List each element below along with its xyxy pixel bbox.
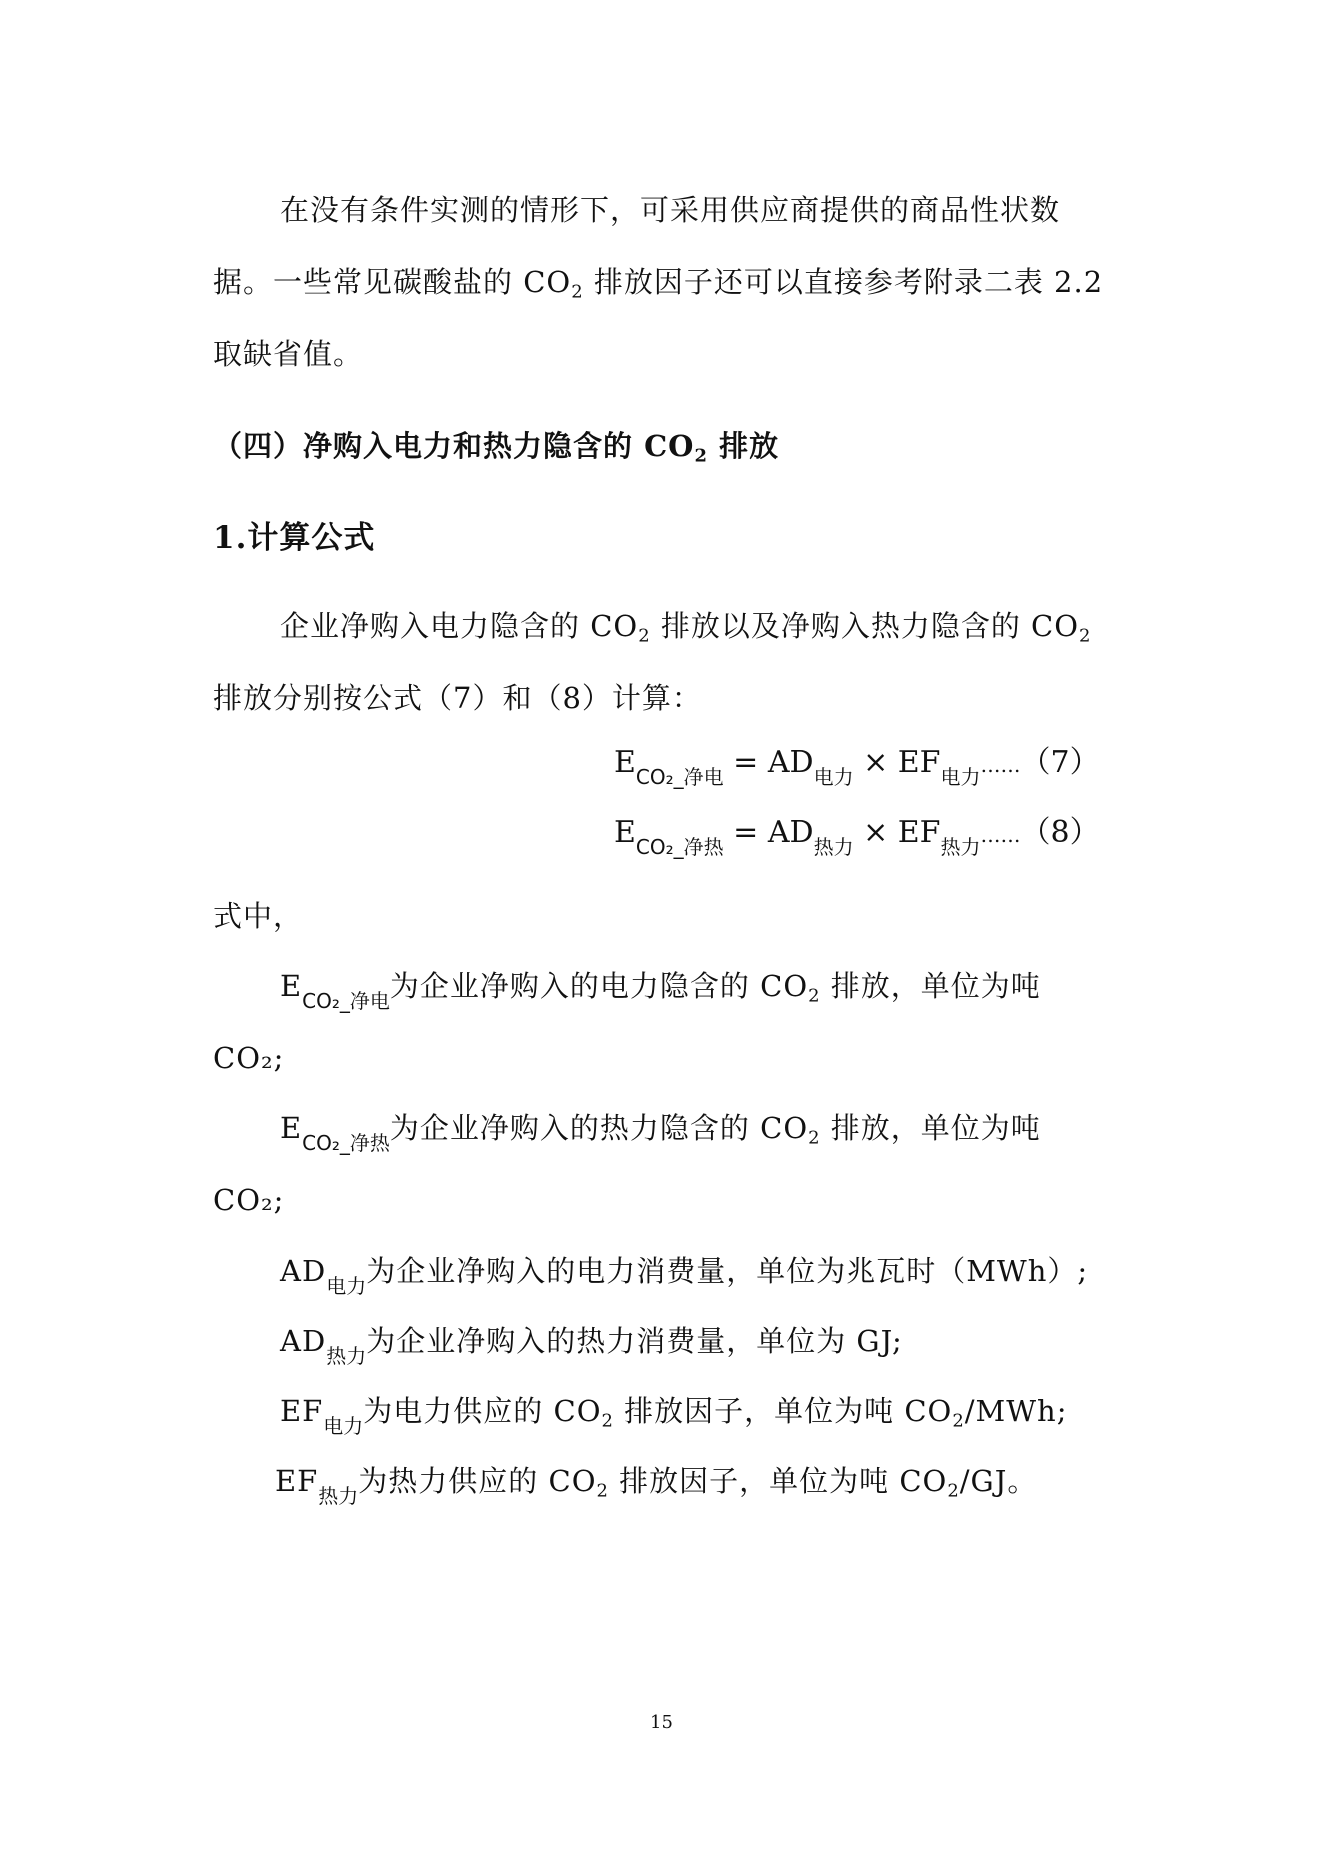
symbol: AD bbox=[280, 1324, 326, 1358]
formula-number: （7） bbox=[1021, 745, 1100, 780]
subscript: 2 bbox=[694, 445, 708, 466]
subscript: 热力 bbox=[814, 835, 854, 859]
symbol: E bbox=[280, 969, 302, 1003]
subscript: 电力 bbox=[814, 765, 854, 789]
subscript: 电力 bbox=[326, 1274, 366, 1298]
text: 为企业净购入的电力隐含的 CO bbox=[390, 969, 808, 1003]
definition-ef-heat: EF热力为热力供应的 CO2 排放因子，单位为吨 CO2/GJ。 bbox=[275, 1463, 1037, 1499]
text: 为企业净购入的热力隐含的 CO bbox=[390, 1111, 808, 1145]
definition-e-net-electricity-cont: CO₂; bbox=[213, 1040, 284, 1076]
subscript: 2 bbox=[638, 625, 650, 646]
text: = AD bbox=[724, 815, 814, 850]
subscript: 电力 bbox=[323, 1414, 363, 1438]
text: 排放 bbox=[708, 429, 779, 463]
text: × EF bbox=[854, 815, 941, 850]
subscript: 热力 bbox=[941, 835, 981, 859]
text: 为企业净购入的电力消费量，单位为兆瓦时（MWh）; bbox=[366, 1254, 1088, 1288]
formula-7: ECO₂_净电 = AD电力 × EF电力……（7） bbox=[614, 745, 1100, 783]
subscript: 热力 bbox=[318, 1484, 358, 1508]
definition-ef-electricity: EF电力为电力供应的 CO2 排放因子，单位为吨 CO2/MWh; bbox=[280, 1393, 1068, 1429]
text: 排放，单位为吨 bbox=[821, 1111, 1041, 1145]
symbol: EF bbox=[275, 1464, 318, 1498]
text: （四）净购入电力和热力隐含的 CO bbox=[213, 429, 694, 463]
symbol: E bbox=[614, 815, 636, 850]
subscript: 2 bbox=[947, 1480, 959, 1501]
text: 为电力供应的 CO bbox=[363, 1394, 601, 1428]
symbol: EF bbox=[280, 1394, 323, 1428]
where-label: 式中， bbox=[213, 898, 303, 934]
paragraph-2-line-2: 排放分别按公式（7）和（8）计算： bbox=[213, 680, 702, 716]
subscript: 电力 bbox=[941, 765, 981, 789]
definition-e-net-electricity: ECO₂_净电为企业净购入的电力隐含的 CO2 排放，单位为吨 bbox=[280, 968, 1041, 1004]
formula-8: ECO₂_净热 = AD热力 × EF热力……（8） bbox=[614, 815, 1100, 853]
paragraph-1-line-2: 据。一些常见碳酸盐的 CO2 排放因子还可以直接参考附录二表 2.2 bbox=[213, 264, 1103, 300]
text: 据。一些常见碳酸盐的 CO bbox=[213, 265, 571, 299]
definition-e-net-heat-cont: CO₂; bbox=[213, 1182, 284, 1218]
subsection-heading: 1.计算公式 bbox=[213, 520, 375, 556]
paragraph-2-line-1: 企业净购入电力隐含的 CO2 排放以及净购入热力隐含的 CO2 bbox=[280, 608, 1091, 644]
subscript: CO₂_净热 bbox=[636, 835, 724, 859]
page-number: 15 bbox=[0, 1712, 1323, 1733]
subscript: 2 bbox=[601, 1410, 613, 1431]
text: 企业净购入电力隐含的 CO bbox=[280, 609, 638, 643]
definition-e-net-heat: ECO₂_净热为企业净购入的热力隐含的 CO2 排放，单位为吨 bbox=[280, 1110, 1041, 1146]
symbol: AD bbox=[280, 1254, 326, 1288]
text: 排放因子，单位为吨 CO bbox=[609, 1464, 947, 1498]
text: 为企业净购入的热力消费量，单位为 GJ; bbox=[366, 1324, 903, 1358]
subscript: 2 bbox=[596, 1480, 608, 1501]
definition-ad-electricity: AD电力为企业净购入的电力消费量，单位为兆瓦时（MWh）; bbox=[280, 1253, 1088, 1289]
subscript: CO₂_净热 bbox=[302, 1131, 390, 1155]
text: = AD bbox=[724, 745, 814, 780]
formula-number: （8） bbox=[1021, 815, 1100, 850]
text: 排放因子，单位为吨 CO bbox=[614, 1394, 952, 1428]
section-heading: （四）净购入电力和热力隐含的 CO2 排放 bbox=[213, 428, 779, 464]
text: 排放，单位为吨 bbox=[821, 969, 1041, 1003]
subscript: 2 bbox=[571, 281, 583, 302]
subscript: CO₂_净电 bbox=[636, 765, 724, 789]
subscript: 2 bbox=[808, 1127, 820, 1148]
text: 为热力供应的 CO bbox=[358, 1464, 596, 1498]
symbol: E bbox=[280, 1111, 302, 1145]
subscript: 2 bbox=[1079, 625, 1091, 646]
definition-ad-heat: AD热力为企业净购入的热力消费量，单位为 GJ; bbox=[280, 1323, 903, 1359]
subscript: CO₂_净电 bbox=[302, 989, 390, 1013]
subscript: 2 bbox=[952, 1410, 964, 1431]
text: 排放以及净购入热力隐含的 CO bbox=[651, 609, 1079, 643]
text: × EF bbox=[854, 745, 941, 780]
text: /MWh; bbox=[965, 1394, 1068, 1428]
subscript: 热力 bbox=[326, 1344, 366, 1368]
text: 排放因子还可以直接参考附录二表 2.2 bbox=[584, 265, 1104, 299]
dots: …… bbox=[981, 823, 1021, 847]
paragraph-1-line-1: 在没有条件实测的情形下，可采用供应商提供的商品性状数 bbox=[280, 192, 1060, 228]
dots: …… bbox=[981, 753, 1021, 777]
paragraph-1-line-3: 取缺省值。 bbox=[213, 336, 363, 372]
symbol: E bbox=[614, 745, 636, 780]
text: /GJ。 bbox=[960, 1464, 1038, 1498]
subscript: 2 bbox=[808, 985, 820, 1006]
